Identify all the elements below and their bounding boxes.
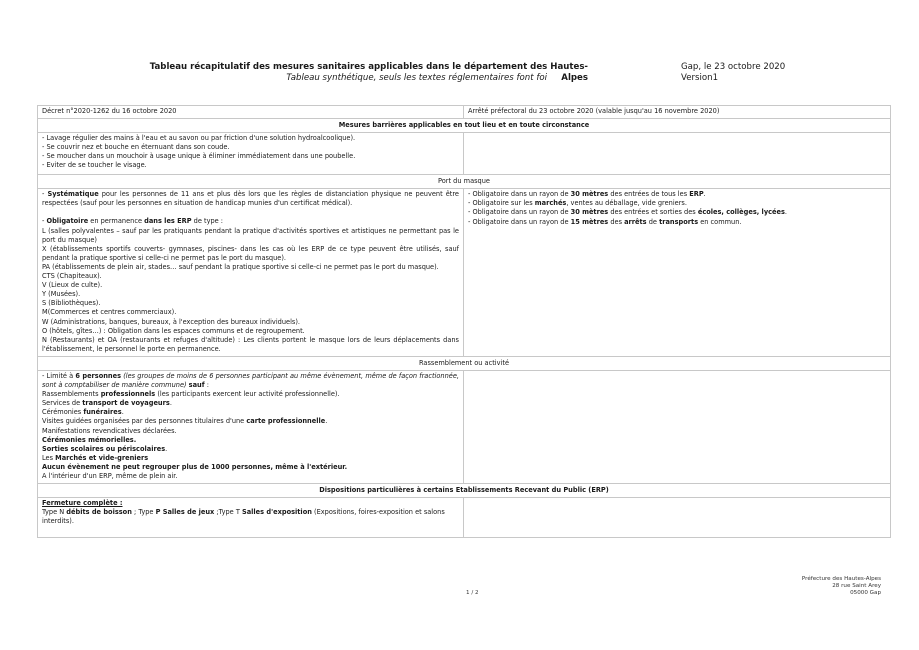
erp-type-item: V (Lieux de culte). <box>42 281 459 290</box>
list-item: Cérémonies mémorielles. <box>42 436 459 445</box>
list-item: - Obligatoire sur les marchés, ventes au… <box>468 199 886 208</box>
list-item: - Eviter de se toucher le visage. <box>42 161 459 170</box>
erp-type-item: Y (Musées). <box>42 290 459 299</box>
list-item: Sorties scolaires ou périscolaires. <box>42 445 459 454</box>
erp-type-item: CTS (Chapiteaux). <box>42 272 459 281</box>
table-row: - Limité à 6 personnes (les groupes de m… <box>38 370 891 483</box>
spacer <box>42 208 459 217</box>
list-item: Cérémonies funéraires. <box>42 408 459 417</box>
footer-street: 28 rue Saint Arey <box>802 583 881 590</box>
header-date-version: Gap, le 23 octobre 2020 Version1 <box>681 62 785 84</box>
list-item: Visites guidées organisées par des perso… <box>42 417 459 426</box>
erp-type-item: M(Commerces et centres commerciaux). <box>42 308 459 317</box>
version-label: Version1 <box>681 73 785 84</box>
text: pour les personnes de 11 ans et plus dès… <box>42 190 459 207</box>
erp-type-item: S (Bibliothèques). <box>42 299 459 308</box>
section-title-gathering: Rassemblement ou activité <box>38 356 891 370</box>
erp-type-item: PA (établissements de plein air, stades…… <box>42 263 459 272</box>
section-row-gathering: Rassemblement ou activité <box>38 356 891 370</box>
list-item: Les Marchés et vide-greniers <box>42 454 459 463</box>
erp-right-cell <box>464 498 891 538</box>
list-item: - Se moucher dans un mouchoir à usage un… <box>42 152 459 161</box>
erp-type-item: W (Administrations, banques, bureaux, à … <box>42 318 459 327</box>
bold-text: Obligatoire <box>46 217 88 225</box>
footer-city: 05000 Gap <box>802 590 881 597</box>
list-item: - Lavage régulier des mains à l'eau et a… <box>42 134 459 143</box>
section-row-erp: Dispositions particulières à certains Et… <box>38 484 891 498</box>
erp-type-item: N (Restaurants) et OA (restaurants et re… <box>42 336 459 354</box>
erp-type-item: O (hôtels, gîtes…) : Obligation dans les… <box>42 327 459 336</box>
list-item: Manifestations revendicatives déclarées. <box>42 427 459 436</box>
list-item: Services de transport de voyageurs. <box>42 399 459 408</box>
erp-left-cell: Fermeture complète : Type N débits de bo… <box>38 498 464 538</box>
barrier-left-cell: - Lavage régulier des mains à l'eau et a… <box>38 133 464 175</box>
page-number: 1 / 2 <box>466 590 479 596</box>
section-title-mask: Port du masque <box>38 175 891 189</box>
section-title-erp: Dispositions particulières à certains Et… <box>38 484 891 498</box>
text: de type : <box>192 217 223 225</box>
list-item: - Obligatoire dans un rayon de 30 mètres… <box>468 190 886 199</box>
bold-text: Systématique <box>47 190 98 198</box>
document-subtitle: Tableau synthétique, seuls les textes ré… <box>130 73 547 84</box>
text: en permanence <box>88 217 144 225</box>
mask-systematic: - Systématique pour les personnes de 11 … <box>42 190 459 208</box>
closure-heading: Fermeture complète : <box>42 499 459 508</box>
table-row: - Lavage régulier des mains à l'eau et a… <box>38 133 891 175</box>
section-title-barrier: Mesures barrières applicables en tout li… <box>38 119 891 133</box>
measures-table: Décret n°2020-1262 du 16 octobre 2020 Ar… <box>37 105 891 538</box>
list-item: A l'intérieur d'un ERP, même de plein ai… <box>42 472 459 481</box>
list-item: - Obligatoire dans un rayon de 15 mètres… <box>468 218 886 227</box>
section-row-barrier: Mesures barrières applicables en tout li… <box>38 119 891 133</box>
table-row: Fermeture complète : Type N débits de bo… <box>38 498 891 538</box>
decree-header: Décret n°2020-1262 du 16 octobre 2020 <box>38 106 464 119</box>
list-item: - Se couvrir nez et bouche en éternuant … <box>42 143 459 152</box>
erp-type-item: X (établissements sportifs couverts- gym… <box>42 245 459 263</box>
list-item: Aucun évènement ne peut regrouper plus d… <box>42 463 459 472</box>
place-date: Gap, le 23 octobre 2020 <box>681 62 785 73</box>
footer-org: Préfecture des Hautes-Alpes <box>802 576 881 583</box>
closure-list: Type N débits de boisson ; Type P Salles… <box>42 508 459 526</box>
gathering-right-cell <box>464 370 891 483</box>
prefectoral-header: Arrêté préfectoral du 23 octobre 2020 (v… <box>464 106 891 119</box>
list-item: Rassemblements professionnels (les parti… <box>42 390 459 399</box>
mask-right-cell: - Obligatoire dans un rayon de 30 mètres… <box>464 189 891 357</box>
table-row: - Systématique pour les personnes de 11 … <box>38 189 891 357</box>
footer-address: Préfecture des Hautes-Alpes 28 rue Saint… <box>802 576 881 597</box>
table-header-row: Décret n°2020-1262 du 16 octobre 2020 Ar… <box>38 106 891 119</box>
mask-mandatory: - Obligatoire en permanence dans les ERP… <box>42 217 459 226</box>
mask-left-cell: - Systématique pour les personnes de 11 … <box>38 189 464 357</box>
section-row-mask: Port du masque <box>38 175 891 189</box>
gathering-intro: - Limité à 6 personnes (les groupes de m… <box>42 372 459 390</box>
erp-type-item: L (salles polyvalentes – sauf par les pr… <box>42 227 459 245</box>
gathering-left-cell: - Limité à 6 personnes (les groupes de m… <box>38 370 464 483</box>
barrier-right-cell <box>464 133 891 175</box>
list-item: - Obligatoire dans un rayon de 30 mètres… <box>468 208 886 217</box>
bold-text: dans les ERP <box>144 217 191 225</box>
